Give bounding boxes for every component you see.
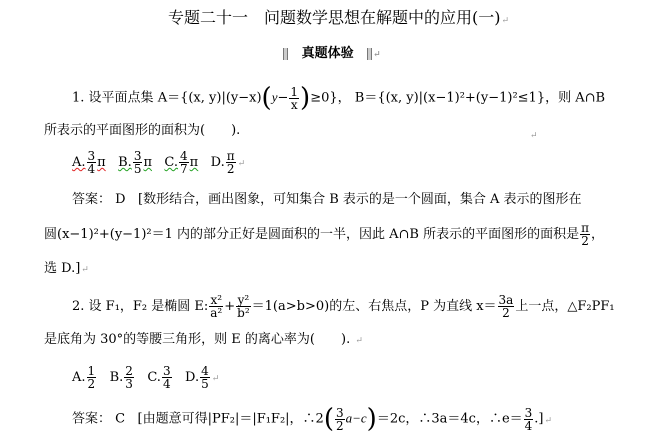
q1-line1: 1. 设平面点集 A＝{(x, y)|(y−x)(y−1x)≥0}， B＝{(x… <box>72 85 605 111</box>
return-mark-icon: ↵ <box>81 265 89 275</box>
answer-choice: C <box>115 412 125 427</box>
answer-choice: D <box>115 192 125 207</box>
q1-options: A.34π B.35π C.47π D.π2↵ <box>72 150 245 175</box>
q2-line2: 是底角为 30°的等腰三角形，则 E 的离心率为( ). ↵ <box>44 333 363 346</box>
answer-text2: ＝2c，∴3a＝4c，∴e＝ <box>377 412 523 427</box>
option-c: C.34 <box>147 370 172 385</box>
paren: ) <box>300 83 310 113</box>
q1-answer-line2: 圆(x−1)²+(y−1)²＝1 内的部分正好是圆面积的一半，因此 A∩B 所表… <box>44 222 604 247</box>
title-text: 专题二十一 问题数学思想在解题中的应用(一) <box>168 8 501 27</box>
q2-intro: 设 F₁，F₂ 是椭圆 E: <box>89 299 209 314</box>
paren: ( <box>262 83 272 113</box>
section-text: 真题体验 <box>302 46 354 61</box>
answer-frac1: 32 <box>335 407 345 432</box>
paren: ( <box>324 404 334 434</box>
q2-number: 2. <box>72 299 84 314</box>
q2-options: A.12 B.23 C.34 D.45↵ <box>72 365 219 390</box>
q1-setA-suffix: ≥0}， <box>310 91 350 106</box>
q2-line1: 2. 设 F₁，F₂ 是椭圆 E:x²a²+y²b²＝1(a>b>0)的左、右焦… <box>72 294 615 319</box>
heading-bar-icon <box>367 48 372 60</box>
option-d: D.45 <box>185 370 211 385</box>
return-mark-icon: ↵ <box>502 16 510 26</box>
answer-mid: a−c <box>346 411 367 426</box>
document-title: 专题二十一 问题数学思想在解题中的应用(一)↵ <box>168 10 509 26</box>
q1-frac: 1x <box>289 86 299 111</box>
answer-text: [数形结合，画出图象，可知集合 B 表示的是一个圆面，集合 A 表示的图形在 <box>138 192 582 207</box>
answer-label: 答案： <box>72 192 111 207</box>
return-mark-icon: ↵ <box>545 416 553 426</box>
option-a: A.12 <box>72 370 97 385</box>
q1-answer-line1: 答案： D [数形结合，画出图象，可知集合 B 表示的是一个圆面，集合 A 表示… <box>72 193 582 206</box>
q1-line2-text: 所表示的平面图形的面积为( ). <box>44 123 240 138</box>
answer-label: 答案： <box>72 412 111 427</box>
option-b: B.23 <box>110 370 135 385</box>
answer-tail: ， <box>591 227 604 242</box>
q1-intro: 设平面点集 <box>89 91 154 106</box>
return-mark-icon: ↵ <box>238 159 246 169</box>
return-mark-icon: ↵ <box>529 128 538 141</box>
q2-eq-tail: ＝1(a>b>0)的左、右焦点，P 为直线 x＝ <box>252 299 497 314</box>
eq-frac-y: y²b² <box>236 294 251 319</box>
section-heading: 真题体验 ↵ <box>283 47 381 60</box>
q2-line-tail: 上一点，△F₂PF₁ <box>515 299 614 314</box>
q1-number: 1. <box>72 91 84 106</box>
return-mark-icon: ↵ <box>355 336 363 346</box>
q1-line2: 所表示的平面图形的面积为( ). <box>44 124 240 137</box>
answer-text: 圆(x−1)²+(y−1)²＝1 内的部分正好是圆面积的一半，因此 A∩B 所表… <box>44 227 579 242</box>
return-mark-icon: ↵ <box>373 50 381 60</box>
option-b: B.35π <box>118 155 152 170</box>
q1-answer-line3: 选 D.]↵ <box>44 262 89 275</box>
option-d: D.π2 <box>211 155 237 170</box>
answer-frac: π2 <box>580 222 590 247</box>
answer-frac2: 34 <box>524 407 534 432</box>
q1-setA: A＝{(x, y)|(y−x) <box>158 91 262 106</box>
q2-line2-text: 是底角为 30°的等腰三角形，则 E 的离心率为( ). <box>44 332 350 347</box>
answer-tail: .] <box>534 412 543 427</box>
option-c: C.47π <box>164 155 198 170</box>
paren: ) <box>367 404 377 434</box>
eq-frac-x: x²a² <box>209 294 223 319</box>
return-mark-icon: ↵ <box>212 374 220 384</box>
answer-text: [由题意可得|PF₂|＝|F₁F₂|，∴2 <box>138 412 324 427</box>
line-frac: 3a2 <box>498 294 515 319</box>
option-a: A.34π <box>72 155 106 170</box>
q1-setB: B＝{(x, y)|(x−1)²+(y−1)²≤1}，则 A∩B <box>355 91 605 106</box>
answer-text: 选 D.] <box>44 261 80 276</box>
q2-answer-line: 答案： C [由题意可得|PF₂|＝|F₁F₂|，∴2(32a−c)＝2c，∴3… <box>72 406 552 432</box>
heading-bar-icon <box>283 48 288 60</box>
